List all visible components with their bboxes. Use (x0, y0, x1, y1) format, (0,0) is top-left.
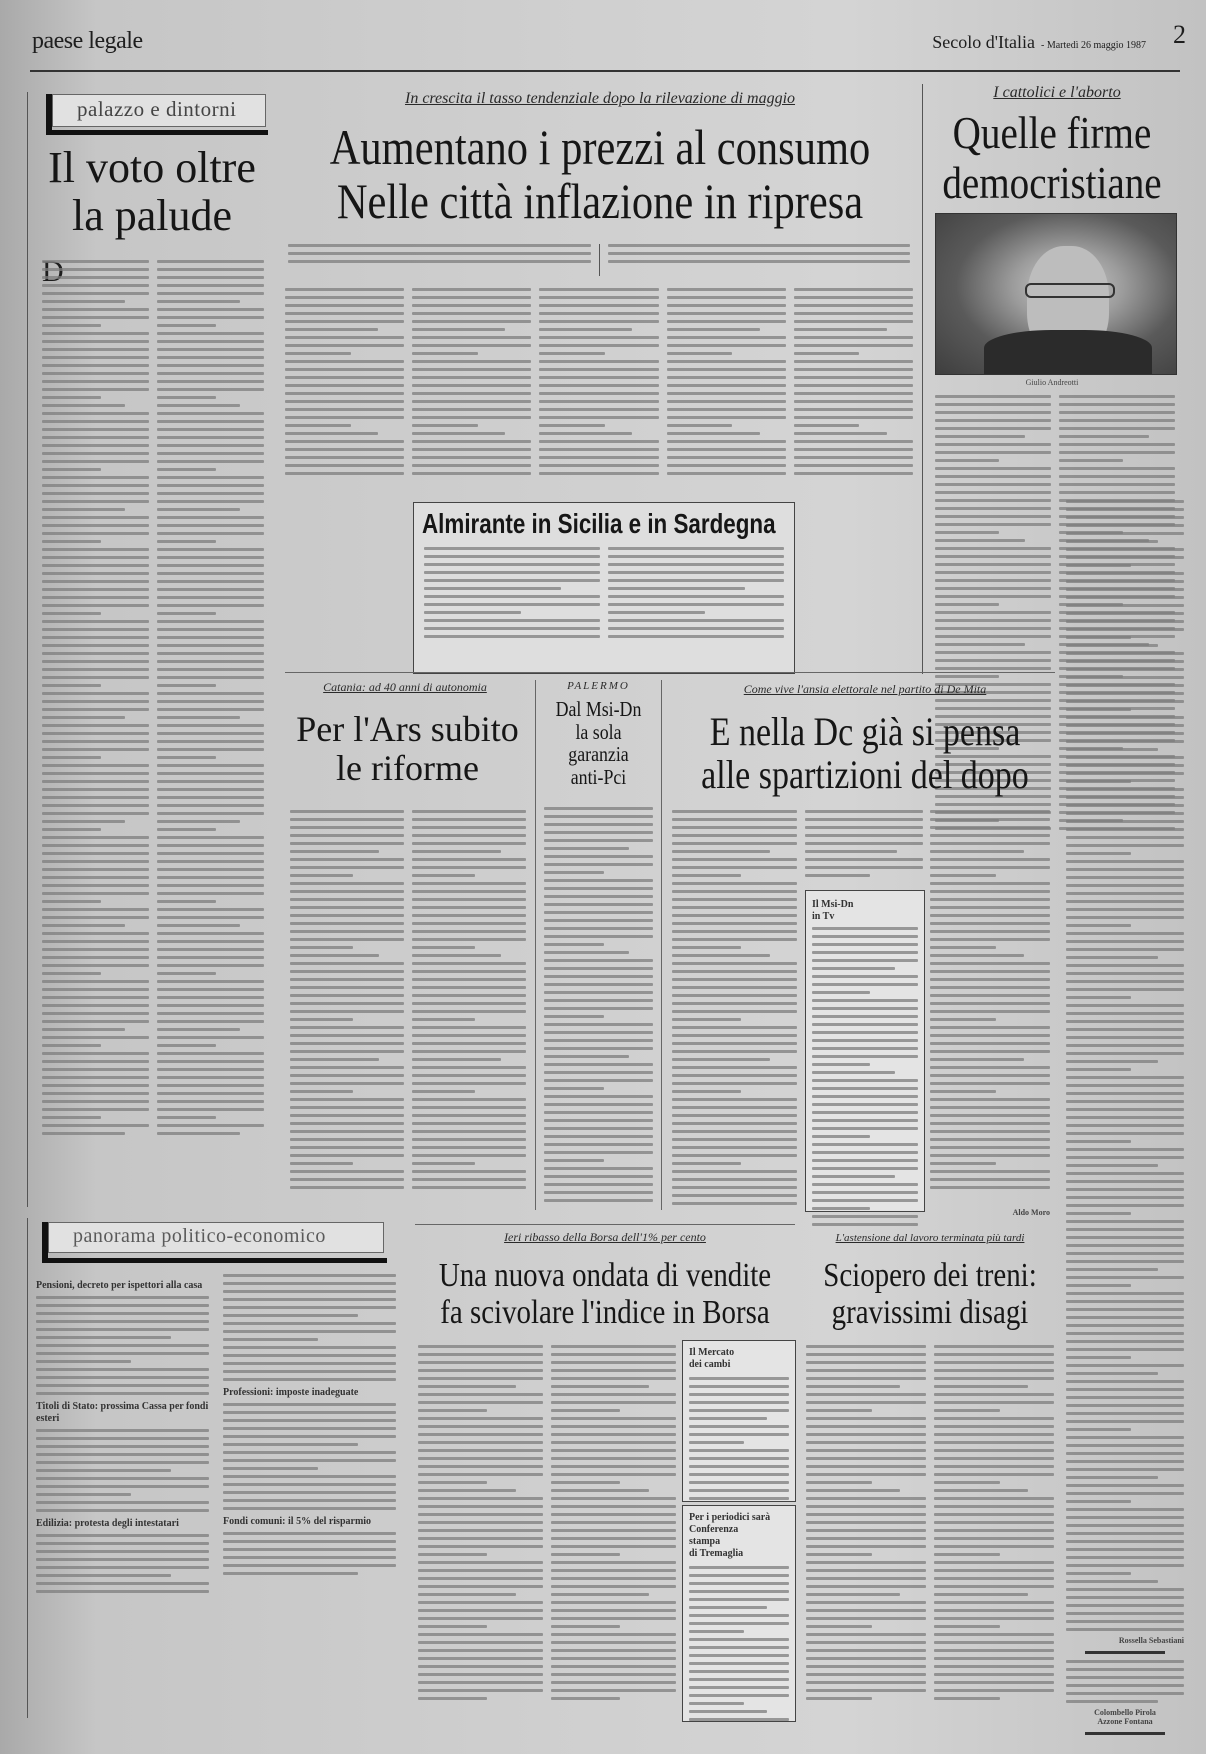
text-line (934, 1449, 1054, 1452)
text-line (418, 1481, 487, 1484)
text-line (539, 328, 632, 331)
headline-line: gravissimi disagi (820, 1295, 1041, 1332)
text-column (806, 1345, 926, 1705)
text-line (794, 312, 913, 315)
text-line (672, 1018, 741, 1021)
text-line (551, 1625, 620, 1628)
text-line (806, 1673, 926, 1676)
text-line (424, 627, 600, 630)
text-line (1066, 1172, 1184, 1175)
text-line (42, 740, 149, 743)
text-line (689, 1465, 789, 1468)
text-line (412, 1146, 526, 1149)
text-line (157, 396, 216, 399)
text-line (285, 336, 404, 339)
text-line (1066, 1060, 1158, 1063)
text-line (157, 540, 216, 543)
text-line (806, 1361, 926, 1364)
text-line (42, 492, 149, 495)
text-line (689, 1417, 767, 1420)
text-line (544, 1071, 653, 1074)
text-line (223, 1459, 396, 1462)
text-line (544, 1039, 653, 1042)
text-line (806, 1449, 926, 1452)
text-line (36, 1582, 209, 1585)
text-line (157, 596, 264, 599)
text-line (689, 1598, 789, 1601)
text-line (42, 868, 149, 871)
text-line (157, 1084, 264, 1087)
text-line (544, 1023, 653, 1026)
text-line (42, 796, 149, 799)
text-line (608, 571, 784, 574)
text-line (42, 1012, 149, 1015)
text-line (935, 699, 1051, 702)
text-line (223, 1338, 318, 1341)
text-line (157, 620, 264, 623)
text-line (42, 268, 149, 271)
text-line (1066, 1388, 1184, 1391)
text-line (934, 1489, 1028, 1492)
text-line (930, 914, 1050, 917)
text-line (157, 332, 264, 335)
text-line (812, 1215, 918, 1218)
text-line (806, 1425, 926, 1428)
text-line (418, 1617, 543, 1620)
text-line (1066, 1556, 1184, 1559)
headline-line: Il voto oltre (32, 144, 272, 192)
text-line (1066, 1028, 1184, 1031)
photo-caption: Giulio Andreotti (923, 378, 1181, 387)
portrait-photo (935, 213, 1177, 375)
text-line (539, 304, 658, 307)
text-line (544, 855, 653, 858)
msi-column: PALERMO Dal Msi-Dn la sola garanzia anti… (535, 680, 662, 1210)
text-line (544, 927, 653, 930)
text-line (806, 1625, 872, 1628)
text-line (544, 1055, 629, 1058)
text-line (1066, 1324, 1184, 1327)
text-line (290, 850, 379, 853)
text-line (288, 252, 591, 255)
text-line (1066, 1004, 1184, 1007)
text-line (794, 352, 860, 355)
text-line (157, 364, 264, 367)
text-line (223, 1282, 396, 1285)
text-line (412, 978, 526, 981)
text-line (290, 874, 353, 877)
text-line (290, 842, 404, 845)
text-line (223, 1362, 396, 1365)
text-line (223, 1346, 396, 1349)
text-line (157, 988, 264, 991)
text-line (934, 1361, 1054, 1364)
text-line (672, 1002, 797, 1005)
text-line (672, 1162, 741, 1165)
text-line (1066, 644, 1158, 647)
text-line (36, 1296, 209, 1299)
text-column (290, 810, 404, 1194)
text-line (934, 1585, 1054, 1588)
text-column (805, 810, 923, 882)
text-line (805, 866, 923, 869)
text-line (1066, 612, 1184, 615)
text-line (290, 1042, 404, 1045)
text-line (806, 1481, 872, 1484)
text-line (608, 260, 911, 263)
text-line (36, 1550, 209, 1553)
text-line (930, 1114, 1050, 1117)
text-line (551, 1385, 649, 1388)
text-line (930, 1042, 1050, 1045)
text-line (42, 444, 149, 447)
text-line (157, 588, 264, 591)
text-line (551, 1689, 676, 1692)
text-line (812, 1127, 918, 1130)
text-line (539, 432, 632, 435)
text-line (223, 1443, 358, 1446)
text-line (551, 1673, 676, 1676)
text-line (290, 1090, 353, 1093)
headline-line: anti-Pci (545, 766, 651, 789)
text-line (42, 428, 149, 431)
text-line (551, 1537, 676, 1540)
text-line (290, 1034, 404, 1037)
text-line (412, 392, 531, 395)
text-line (608, 563, 784, 566)
text-line (157, 820, 240, 823)
text-line (1066, 1164, 1158, 1167)
text-line (157, 1004, 264, 1007)
text-line (1066, 1140, 1131, 1143)
text-line (930, 1002, 1050, 1005)
text-line (812, 991, 870, 994)
text-line (157, 1012, 264, 1015)
text-line (935, 547, 1051, 550)
text-line (223, 1290, 396, 1293)
text-line (806, 1457, 926, 1460)
text-line (290, 1082, 404, 1085)
text-line (223, 1467, 318, 1470)
text-line (672, 906, 797, 909)
text-line (672, 1090, 741, 1093)
summary-right (608, 244, 911, 276)
text-line (42, 1092, 149, 1095)
text-line (805, 842, 923, 845)
text-line (157, 796, 264, 799)
text-line (157, 1044, 216, 1047)
panorama-subhead: Edilizia: protesta degli intestatari (36, 1518, 209, 1530)
text-line (934, 1393, 1054, 1396)
text-line (412, 874, 475, 877)
text-line (667, 352, 733, 355)
text-line (930, 1058, 1024, 1061)
text-line (1066, 804, 1184, 807)
text-line (290, 1162, 353, 1165)
text-line (157, 1036, 264, 1039)
text-line (672, 898, 797, 901)
text-line (157, 732, 264, 735)
text-line (290, 1122, 404, 1125)
text-line (223, 1298, 396, 1301)
text-line (935, 635, 1051, 638)
text-line (157, 1052, 264, 1055)
text-line (285, 408, 404, 411)
text-line (806, 1401, 926, 1404)
text-line (1066, 1124, 1184, 1127)
headline-line: le riforme (285, 749, 530, 788)
text-line (418, 1625, 487, 1628)
text-line (689, 1702, 744, 1705)
text-line (157, 524, 264, 527)
text-line (934, 1425, 1054, 1428)
text-line (157, 932, 264, 935)
text-line (935, 507, 1051, 510)
text-line (794, 408, 913, 411)
text-line (424, 603, 600, 606)
text-line (290, 1050, 404, 1053)
text-line (805, 850, 897, 853)
text-line (290, 922, 404, 925)
text-line (812, 1047, 918, 1050)
text-line (1066, 1404, 1184, 1407)
text-line (42, 676, 149, 679)
text-line (689, 1670, 789, 1673)
text-line (42, 340, 149, 343)
text-line (412, 986, 526, 989)
text-line (157, 868, 264, 871)
text-line (812, 927, 918, 930)
text-line (672, 914, 797, 917)
text-line (1066, 1692, 1184, 1695)
masthead-rule (30, 70, 1180, 72)
text-line (42, 540, 101, 543)
text-line (157, 260, 264, 263)
text-line (157, 1028, 240, 1031)
text-line (935, 419, 1051, 422)
text-line (551, 1609, 676, 1612)
text-line (157, 828, 216, 831)
text-line (42, 916, 149, 919)
text-line (418, 1385, 516, 1388)
text-line (930, 850, 1024, 853)
text-line (157, 812, 264, 815)
text-line (1066, 676, 1184, 679)
text-line (805, 826, 923, 829)
text-line (551, 1513, 676, 1516)
text-line (672, 866, 797, 869)
text-line (42, 404, 125, 407)
text-line (42, 300, 125, 303)
text-line (672, 1178, 797, 1181)
panorama-body: Pensioni, decreto per ispettori alla cas… (36, 1274, 396, 1598)
palazzo-column: palazzo e dintorni Il voto oltre la palu… (27, 92, 271, 1207)
text-line (412, 842, 526, 845)
sidebar-title-line: stampa (689, 1536, 789, 1548)
text-line (418, 1425, 543, 1428)
text-line (806, 1465, 926, 1468)
text-line (42, 588, 149, 591)
text-line (806, 1569, 926, 1572)
text-line (551, 1617, 676, 1620)
text-line (934, 1385, 1028, 1388)
text-line (930, 906, 1050, 909)
text-line (539, 352, 605, 355)
text-line (544, 823, 653, 826)
text-line (812, 1135, 870, 1138)
text-line (544, 879, 653, 882)
text-line (418, 1633, 543, 1636)
text-line (418, 1417, 543, 1420)
text-line (930, 994, 1050, 997)
text-line (157, 556, 264, 559)
text-line (812, 1199, 918, 1202)
text-line (544, 967, 653, 970)
text-line (285, 304, 404, 307)
text-line (544, 1087, 604, 1090)
text-line (223, 1540, 396, 1543)
text-line (935, 539, 1025, 542)
text-line (672, 890, 797, 893)
text-line (806, 1577, 926, 1580)
text-line (42, 484, 149, 487)
text-line (42, 420, 149, 423)
text-line (412, 464, 531, 467)
text-line (667, 296, 786, 299)
sidebar-title-line: Il Mercato (689, 1347, 789, 1359)
text-line (223, 1378, 396, 1381)
text-line (42, 772, 149, 775)
text-line (157, 844, 264, 847)
text-line (36, 1453, 209, 1456)
text-line (157, 572, 264, 575)
kicker-trains: L'astensione dal lavoro terminata più ta… (805, 1232, 1055, 1244)
text-line (1066, 700, 1184, 703)
text-line (539, 368, 658, 371)
text-line (157, 644, 264, 647)
text-line (285, 384, 404, 387)
text-line (689, 1662, 789, 1665)
text-line (689, 1686, 789, 1689)
text-line (36, 1368, 209, 1371)
text-line (412, 304, 531, 307)
text-line (689, 1489, 789, 1492)
text-line (157, 980, 264, 983)
text-line (157, 1068, 264, 1071)
text-line (794, 296, 913, 299)
text-line (672, 874, 741, 877)
text-line (223, 1314, 358, 1317)
text-line (794, 392, 913, 395)
text-line (1066, 1292, 1184, 1295)
text-line (36, 1437, 209, 1440)
text-line (551, 1465, 676, 1468)
text-line (1066, 1444, 1184, 1447)
text-line (934, 1473, 1054, 1476)
text-line (42, 308, 149, 311)
text-line (544, 959, 653, 962)
text-line (935, 595, 1051, 598)
text-line (42, 1076, 149, 1079)
text-line (930, 1130, 1050, 1133)
text-line (42, 820, 125, 823)
text-line (290, 946, 353, 949)
text-line (42, 500, 149, 503)
text-column (157, 260, 264, 1140)
text-line (1066, 940, 1184, 943)
text-column: Professioni: imposte inadeguate Fondi co… (223, 1274, 396, 1598)
text-line (1066, 948, 1184, 951)
text-line (812, 1087, 918, 1090)
text-line (42, 548, 149, 551)
text-line (42, 788, 149, 791)
text-line (418, 1409, 487, 1412)
text-line (42, 932, 149, 935)
text-line (935, 659, 1051, 662)
text-line (608, 611, 705, 614)
text-line (157, 860, 264, 863)
text-line (930, 1154, 1050, 1157)
text-line (412, 930, 526, 933)
text-line (412, 1026, 526, 1029)
text-line (36, 1485, 209, 1488)
text-line (1066, 860, 1184, 863)
text-line (551, 1369, 676, 1372)
text-line (672, 1146, 797, 1149)
text-line (672, 954, 770, 957)
text-line (1066, 1676, 1184, 1679)
text-line (544, 1199, 653, 1202)
text-line (157, 532, 264, 535)
text-line (806, 1537, 926, 1540)
text-line (42, 1124, 149, 1127)
text-line (689, 1441, 744, 1444)
text-line (672, 1010, 797, 1013)
text-line (42, 660, 149, 663)
text-line (412, 970, 526, 973)
text-line (412, 1066, 526, 1069)
text-line (812, 1015, 918, 1018)
text-line (1066, 1180, 1184, 1183)
text-line (812, 1183, 918, 1186)
text-line (544, 1063, 653, 1066)
text-line (418, 1657, 543, 1660)
text-line (42, 372, 149, 375)
text-line (157, 612, 216, 615)
text-line (935, 555, 1051, 558)
headline-line: alle spartizioni del dopo (699, 753, 1031, 796)
text-line (930, 1082, 1050, 1085)
text-line (418, 1681, 543, 1684)
text-line (157, 668, 264, 671)
text-line (689, 1497, 789, 1500)
text-line (805, 818, 923, 821)
text-line (418, 1569, 543, 1572)
text-line (1066, 1524, 1184, 1527)
text-line (412, 1098, 526, 1101)
text-line (424, 619, 600, 622)
text-line (667, 312, 786, 315)
text-column (794, 288, 913, 480)
text-line (418, 1377, 543, 1380)
text-line (157, 564, 264, 567)
text-column (672, 810, 797, 1210)
text-line (42, 876, 149, 879)
text-line (667, 400, 786, 403)
byline-dc: Aldo Moro (930, 1208, 1050, 1217)
text-line (544, 1031, 653, 1034)
text-line (934, 1353, 1054, 1356)
